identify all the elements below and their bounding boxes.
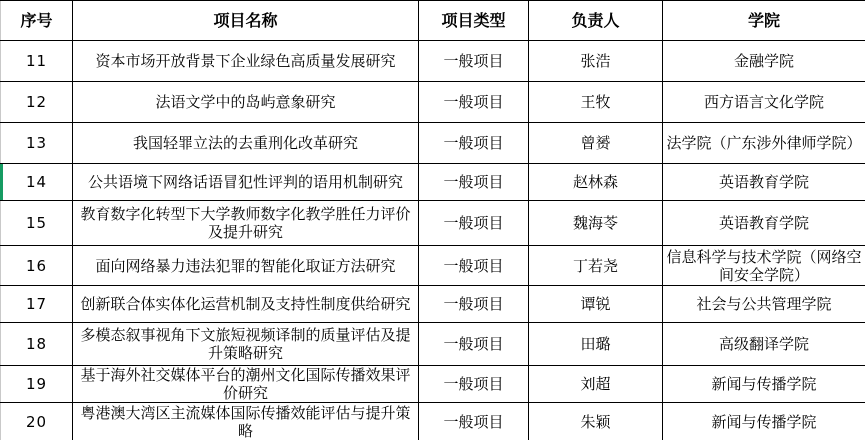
header-leader: 负责人 xyxy=(529,1,663,41)
cell-no: 20 xyxy=(1,403,73,440)
cell-project-type: 一般项目 xyxy=(419,123,529,164)
cell-college: 新闻与传播学院 xyxy=(663,403,865,440)
header-no: 序号 xyxy=(1,1,73,41)
cell-project-type: 一般项目 xyxy=(419,246,529,286)
cell-leader: 曾赟 xyxy=(529,123,663,164)
cell-project-type: 一般项目 xyxy=(419,164,529,201)
cell-leader: 朱颖 xyxy=(529,403,663,440)
table-row: 19 基于海外社交媒体平台的潮州文化国际传播效果评价研究 一般项目 刘超 新闻与… xyxy=(1,366,865,403)
table-row: 12 法语文学中的岛屿意象研究 一般项目 王牧 西方语言文化学院 xyxy=(1,82,865,123)
cell-project-type: 一般项目 xyxy=(419,323,529,366)
cell-no: 19 xyxy=(1,366,73,403)
cell-no: 17 xyxy=(1,286,73,323)
cell-project-type: 一般项目 xyxy=(419,201,529,246)
header-name: 项目名称 xyxy=(73,1,419,41)
cell-leader: 王牧 xyxy=(529,82,663,123)
cell-college: 信息科学与技术学院（网络空间安全学院） xyxy=(663,246,865,286)
cell-project-type: 一般项目 xyxy=(419,403,529,440)
cell-project-name: 资本市场开放背景下企业绿色高质量发展研究 xyxy=(73,41,419,82)
cell-no: 18 xyxy=(1,323,73,366)
table-row: 11 资本市场开放背景下企业绿色高质量发展研究 一般项目 张浩 金融学院 xyxy=(1,41,865,82)
table-row: 15 教育数字化转型下大学教师数字化教学胜任力评价及提升研究 一般项目 魏海苓 … xyxy=(1,201,865,246)
cell-project-type: 一般项目 xyxy=(419,41,529,82)
cell-project-name: 我国轻罪立法的去重刑化改革研究 xyxy=(73,123,419,164)
cell-college: 英语教育学院 xyxy=(663,164,865,201)
table-row: 16 面向网络暴力违法犯罪的智能化取证方法研究 一般项目 丁若尧 信息科学与技术… xyxy=(1,246,865,286)
cell-leader: 田璐 xyxy=(529,323,663,366)
cell-no: 14 xyxy=(1,164,73,201)
cell-project-name: 基于海外社交媒体平台的潮州文化国际传播效果评价研究 xyxy=(73,366,419,403)
table-row: 13 我国轻罪立法的去重刑化改革研究 一般项目 曾赟 法学院（广东涉外律师学院） xyxy=(1,123,865,164)
cell-leader: 丁若尧 xyxy=(529,246,663,286)
cell-no: 15 xyxy=(1,201,73,246)
cell-leader: 谭锐 xyxy=(529,286,663,323)
cell-no: 16 xyxy=(1,246,73,286)
cell-no: 11 xyxy=(1,41,73,82)
cell-project-name: 法语文学中的岛屿意象研究 xyxy=(73,82,419,123)
table-row: 14 公共语境下网络话语冒犯性评判的语用机制研究 一般项目 赵林森 英语教育学院 xyxy=(1,164,865,201)
cell-project-type: 一般项目 xyxy=(419,82,529,123)
table-row: 17 创新联合体实体化运营机制及支持性制度供给研究 一般项目 谭锐 社会与公共管… xyxy=(1,286,865,323)
cell-college: 高级翻译学院 xyxy=(663,323,865,366)
cell-college: 金融学院 xyxy=(663,41,865,82)
cell-college: 新闻与传播学院 xyxy=(663,366,865,403)
cell-no: 12 xyxy=(1,82,73,123)
header-row: 序号 项目名称 项目类型 负责人 学院 xyxy=(1,1,865,41)
cell-project-name: 多模态叙事视角下文旅短视频译制的质量评估及提升策略研究 xyxy=(73,323,419,366)
cell-college: 社会与公共管理学院 xyxy=(663,286,865,323)
cell-project-name: 粤港澳大湾区主流媒体国际传播效能评估与提升策略 xyxy=(73,403,419,440)
projects-table-container: 序号 项目名称 项目类型 负责人 学院 11 资本市场开放背景下企业绿色高质量发… xyxy=(0,0,865,440)
cell-project-name: 教育数字化转型下大学教师数字化教学胜任力评价及提升研究 xyxy=(73,201,419,246)
cell-no: 13 xyxy=(1,123,73,164)
table-row: 18 多模态叙事视角下文旅短视频译制的质量评估及提升策略研究 一般项目 田璐 高… xyxy=(1,323,865,366)
header-type: 项目类型 xyxy=(419,1,529,41)
cell-leader: 张浩 xyxy=(529,41,663,82)
cell-leader: 赵林森 xyxy=(529,164,663,201)
cell-college: 法学院（广东涉外律师学院） xyxy=(663,123,865,164)
cell-college: 英语教育学院 xyxy=(663,201,865,246)
cell-project-name: 面向网络暴力违法犯罪的智能化取证方法研究 xyxy=(73,246,419,286)
table-row: 20 粤港澳大湾区主流媒体国际传播效能评估与提升策略 一般项目 朱颖 新闻与传播… xyxy=(1,403,865,440)
cell-leader: 刘超 xyxy=(529,366,663,403)
header-college: 学院 xyxy=(663,1,865,41)
cell-project-type: 一般项目 xyxy=(419,366,529,403)
cell-project-name: 创新联合体实体化运营机制及支持性制度供给研究 xyxy=(73,286,419,323)
cell-leader: 魏海苓 xyxy=(529,201,663,246)
projects-table: 序号 项目名称 项目类型 负责人 学院 11 资本市场开放背景下企业绿色高质量发… xyxy=(0,0,865,440)
cell-project-type: 一般项目 xyxy=(419,286,529,323)
cell-college: 西方语言文化学院 xyxy=(663,82,865,123)
cell-project-name: 公共语境下网络话语冒犯性评判的语用机制研究 xyxy=(73,164,419,201)
